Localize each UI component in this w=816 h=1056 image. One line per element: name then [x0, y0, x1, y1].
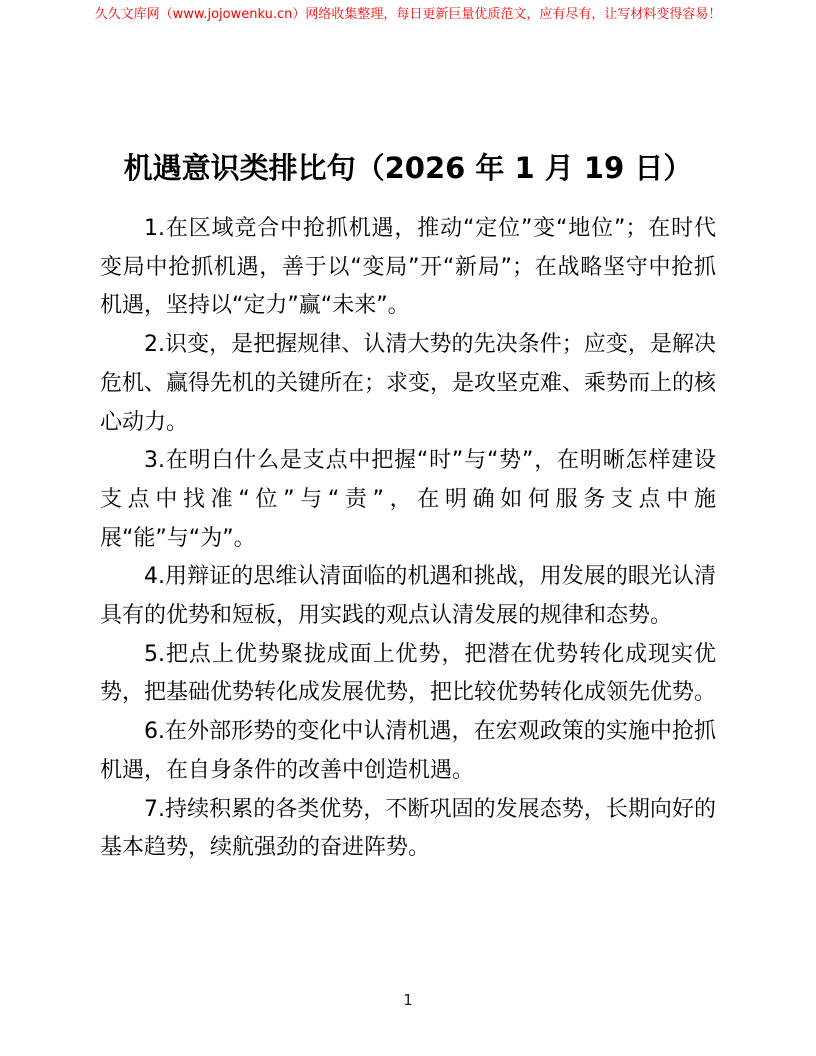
paragraph-2: 2.识变，是把握规律、认清大势的先决条件；应变，是解决危机、赢得先机的关键所在；… — [100, 326, 716, 442]
document-page: 久久文库网（www.jojowenku.cn）网络收集整理，每日更新巨量优质范文… — [0, 0, 816, 1056]
paragraph-6: 6.在外部形势的变化中认清机遇，在宏观政策的实施中抢抓机遇，在自身条件的改善中创… — [100, 713, 716, 790]
paragraph-7: 7.持续积累的各类优势，不断巩固的发展态势，长期向好的基本趋势，续航强劲的奋进阵… — [100, 791, 716, 868]
document-body: 1.在区域竞合中抢抓机遇，推动“定位”变“地位”；在时代变局中抢抓机遇，善于以“… — [100, 210, 716, 868]
watermark-header: 久久文库网（www.jojowenku.cn）网络收集整理，每日更新巨量优质范文… — [0, 5, 816, 24]
paragraph-5: 5.把点上优势聚拢成面上优势，把潜在优势转化成现实优势，把基础优势转化成发展优势… — [100, 636, 716, 713]
paragraph-4: 4.用辩证的思维认清面临的机遇和挑战，用发展的眼光认清具有的优势和短板，用实践的… — [100, 558, 716, 635]
paragraph-3: 3.在明白什么是支点中把握“时”与“势”，在明晰怎样建设支点中找准“位”与“责”… — [100, 442, 716, 558]
page-number: 1 — [0, 988, 816, 1012]
paragraph-1: 1.在区域竞合中抢抓机遇，推动“定位”变“地位”；在时代变局中抢抓机遇，善于以“… — [100, 210, 716, 326]
document-title: 机遇意识类排比句（2026 年 1 月 19 日） — [0, 149, 816, 187]
